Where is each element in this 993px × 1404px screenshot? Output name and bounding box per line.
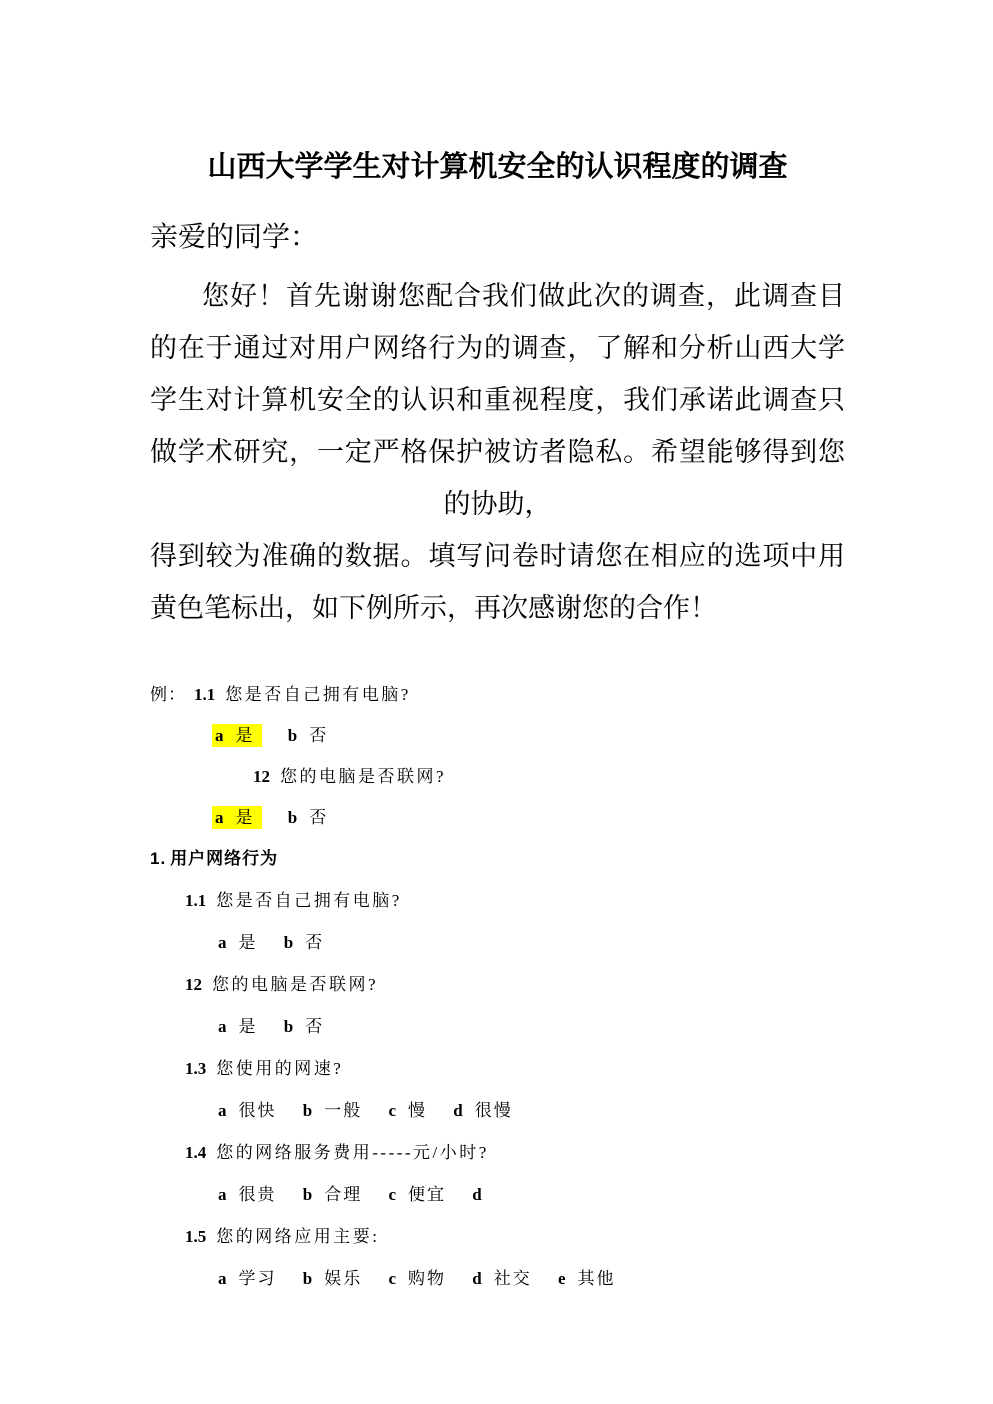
option-label: 其他 xyxy=(578,1269,616,1288)
option-c: c便宜 xyxy=(388,1185,446,1204)
option-label: 是 xyxy=(239,1017,258,1036)
question-text: 您的电脑是否联网? xyxy=(212,975,378,994)
option-key: c xyxy=(388,1101,396,1120)
question-1-1: 1.1您是否自己拥有电脑? xyxy=(185,880,845,922)
option-key: b xyxy=(303,1101,312,1120)
option-a: a很贵 xyxy=(218,1185,277,1204)
question-number: 12 xyxy=(185,975,202,994)
document-content: 山西大学学生对计算机安全的认识程度的调查 亲爱的同学： 您好！首先谢谢您配合我们… xyxy=(0,0,993,1404)
question-1-4-options: a很贵 b合理 c便宜 d xyxy=(218,1174,845,1216)
option-key: a xyxy=(218,1269,227,1288)
option-key: b xyxy=(284,1017,293,1036)
section-1-heading: 1.用户网络行为 xyxy=(150,838,845,880)
intro-line-5: 的协助， xyxy=(150,478,845,530)
option-key: a xyxy=(218,933,227,952)
option-key: a xyxy=(215,808,224,827)
example-q1-options: a是 b否 xyxy=(212,715,845,756)
option-d: d xyxy=(472,1185,493,1204)
option-key: c xyxy=(388,1269,396,1288)
question-text: 您的网络服务费用-----元/小时? xyxy=(216,1143,489,1162)
option-label: 否 xyxy=(309,808,328,827)
option-label: 合理 xyxy=(324,1185,362,1204)
example-q2-text: 您的电脑是否联网? xyxy=(280,767,446,786)
question-1-3-options: a很快 b一般 c慢 d很慢 xyxy=(218,1090,845,1132)
example-q1-option-a-highlighted: a是 xyxy=(212,724,262,747)
question-number: 1.5 xyxy=(185,1227,206,1246)
intro-paragraph: 您好！首先谢谢您配合我们做此次的调查，此调查目 的在于通过对用户网络行为的调查，… xyxy=(150,270,845,634)
option-a: a是 xyxy=(218,933,258,952)
option-key: d xyxy=(472,1269,481,1288)
option-b: b合理 xyxy=(303,1185,362,1204)
option-label: 社交 xyxy=(494,1269,532,1288)
option-label: 慢 xyxy=(408,1101,427,1120)
question-text: 您是否自己拥有电脑? xyxy=(216,891,402,910)
example-q2-number: 12 xyxy=(253,767,270,786)
option-key: b xyxy=(303,1269,312,1288)
example-q1-number: 1.1 xyxy=(194,685,215,704)
question-1-1-options: a是 b否 xyxy=(218,922,845,964)
example-q2-option-a-highlighted: a是 xyxy=(212,806,262,829)
question-number: 1.3 xyxy=(185,1059,206,1078)
example-q1-text: 您是否自己拥有电脑? xyxy=(225,685,411,704)
option-label: 否 xyxy=(309,726,328,745)
option-label: 学习 xyxy=(239,1269,277,1288)
section-number: 1. xyxy=(150,849,166,868)
question-1-5: 1.5您的网络应用主要: xyxy=(185,1216,845,1258)
option-label: 很贵 xyxy=(239,1185,277,1204)
question-text: 您的网络应用主要: xyxy=(216,1227,379,1246)
question-12-options: a是 b否 xyxy=(218,1006,845,1048)
question-text: 您使用的网速? xyxy=(216,1059,343,1078)
option-label: 否 xyxy=(305,1017,324,1036)
example-q2-options: a是 b否 xyxy=(212,797,845,838)
section-1: 1.用户网络行为 1.1您是否自己拥有电脑? a是 b否 12您的电脑是否联网?… xyxy=(150,838,845,1300)
intro-line-2: 的在于通过对用户网络行为的调查，了解和分析山西大学 xyxy=(150,322,845,374)
question-1-4: 1.4您的网络服务费用-----元/小时? xyxy=(185,1132,845,1174)
option-label: 很慢 xyxy=(475,1101,513,1120)
example-section: 例：1.1您是否自己拥有电脑? a是 b否 12您的电脑是否联网? a是 b否 xyxy=(150,674,845,838)
example-question-1: 例：1.1您是否自己拥有电脑? xyxy=(150,674,845,715)
option-key: a xyxy=(215,726,224,745)
question-1-3: 1.3您使用的网速? xyxy=(185,1048,845,1090)
example-question-2: 12您的电脑是否联网? xyxy=(253,756,845,797)
option-label: 是 xyxy=(236,726,255,745)
option-label: 是 xyxy=(236,808,255,827)
option-a: a很快 xyxy=(218,1101,277,1120)
option-a: a是 xyxy=(218,1017,258,1036)
option-key: b xyxy=(284,933,293,952)
option-label: 很快 xyxy=(239,1101,277,1120)
option-label: 一般 xyxy=(324,1101,362,1120)
option-b: b一般 xyxy=(303,1101,362,1120)
option-b: b否 xyxy=(284,1017,324,1036)
option-b: b娱乐 xyxy=(303,1269,362,1288)
survey-document-page: 山西大学学生对计算机安全的认识程度的调查 亲爱的同学： 您好！首先谢谢您配合我们… xyxy=(0,0,993,1404)
option-e: e其他 xyxy=(558,1269,616,1288)
question-1-5-options: a学习 b娱乐 c购物 d社交 e其他 xyxy=(218,1258,845,1300)
intro-line-6: 得到较为准确的数据。填写问卷时请您在相应的选项中用 xyxy=(150,530,845,582)
question-number: 1.4 xyxy=(185,1143,206,1162)
option-key: b xyxy=(288,726,297,745)
intro-line-3: 学生对计算机安全的认识和重视程度，我们承诺此调查只 xyxy=(150,374,845,426)
document-title: 山西大学学生对计算机安全的认识程度的调查 xyxy=(150,146,845,188)
intro-line-4: 做学术研究，一定严格保护被访者隐私。希望能够得到您 xyxy=(150,426,845,478)
option-key: b xyxy=(303,1185,312,1204)
option-key: c xyxy=(388,1185,396,1204)
option-key: e xyxy=(558,1269,566,1288)
option-d: d很慢 xyxy=(453,1101,512,1120)
option-d: d社交 xyxy=(472,1269,531,1288)
option-key: a xyxy=(218,1101,227,1120)
option-label: 娱乐 xyxy=(324,1269,362,1288)
intro-line-1: 您好！首先谢谢您配合我们做此次的调查，此调查目 xyxy=(150,270,845,322)
intro-line-7: 黄色笔标出，如下例所示，再次感谢您的合作！ xyxy=(150,582,845,634)
option-key: a xyxy=(218,1185,227,1204)
option-key: b xyxy=(288,808,297,827)
option-c: c慢 xyxy=(388,1101,427,1120)
section-title: 用户网络行为 xyxy=(170,849,278,868)
option-key: d xyxy=(472,1185,481,1204)
example-q1-option-b: b否 xyxy=(288,726,328,745)
question-number: 1.1 xyxy=(185,891,206,910)
option-label: 否 xyxy=(305,933,324,952)
option-b: b否 xyxy=(284,933,324,952)
option-key: d xyxy=(453,1101,462,1120)
option-label: 是 xyxy=(239,933,258,952)
option-label: 便宜 xyxy=(408,1185,446,1204)
example-label: 例： xyxy=(150,685,186,704)
option-c: c购物 xyxy=(388,1269,446,1288)
greeting-line: 亲爱的同学： xyxy=(150,216,845,260)
option-label: 购物 xyxy=(408,1269,446,1288)
option-a: a学习 xyxy=(218,1269,277,1288)
question-12: 12您的电脑是否联网? xyxy=(185,964,845,1006)
option-key: a xyxy=(218,1017,227,1036)
example-q2-option-b: b否 xyxy=(288,808,328,827)
